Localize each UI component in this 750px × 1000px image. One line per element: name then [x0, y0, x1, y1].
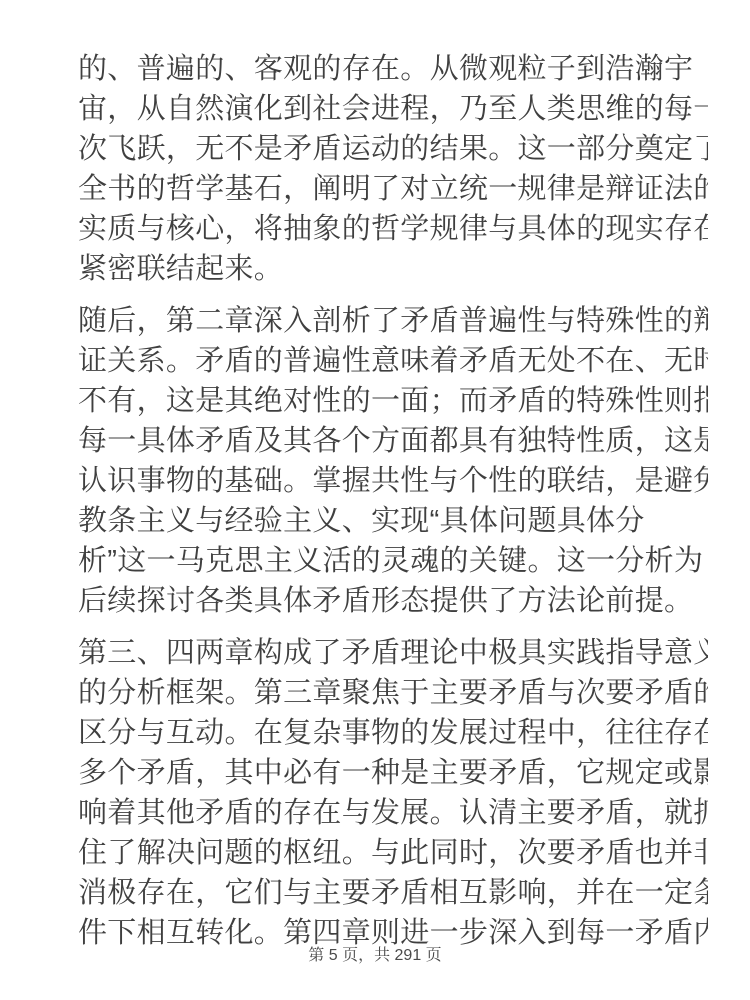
text-line: 析”这一马克思主义活的灵魂的关键。这一分析为: [78, 541, 708, 581]
text-line: 区分与互动。在复杂事物的发展过程中，往往存在: [78, 713, 708, 753]
text-line: 住了解决问题的枢纽。与此同时，次要矛盾也并非: [78, 833, 708, 873]
text-line: 多个矛盾，其中必有一种是主要矛盾，它规定或影: [78, 753, 708, 793]
paragraph: 的、普遍的、客观的存在。从微观粒子到浩瀚宇 宙，从自然演化到社会进程，乃至人类思…: [78, 49, 708, 289]
text-line: 后续探讨各类具体矛盾形态提供了方法论前提。: [78, 581, 708, 621]
text-line: 证关系。矛盾的普遍性意味着矛盾无处不在、无时: [78, 341, 708, 381]
text-line: 随后，第二章深入剖析了矛盾普遍性与特殊性的辩: [78, 301, 708, 341]
text-line: 全书的哲学基石，阐明了对立统一规律是辩证法的: [78, 169, 708, 209]
text-line: 实质与核心，将抽象的哲学规律与具体的现实存在: [78, 209, 708, 249]
text-line: 宙，从自然演化到社会进程，乃至人类思维的每一: [78, 89, 708, 129]
text-line: 每一具体矛盾及其各个方面都具有独特性质，这是: [78, 421, 708, 461]
text-line: 不有，这是其绝对性的一面；而矛盾的特殊性则指: [78, 381, 708, 421]
page-number-footer: 第 5 页，共 291 页: [0, 944, 750, 968]
document-body: 的、普遍的、客观的存在。从微观粒子到浩瀚宇 宙，从自然演化到社会进程，乃至人类思…: [78, 49, 708, 965]
text-line: 消极存在，它们与主要矛盾相互影响，并在一定条: [78, 873, 708, 913]
paragraph: 随后，第二章深入剖析了矛盾普遍性与特殊性的辩 证关系。矛盾的普遍性意味着矛盾无处…: [78, 301, 708, 621]
text-line: 次飞跃，无不是矛盾运动的结果。这一部分奠定了: [78, 129, 708, 169]
text-line: 响着其他矛盾的存在与发展。认清主要矛盾，就抓: [78, 793, 708, 833]
text-line: 的分析框架。第三章聚焦于主要矛盾与次要矛盾的: [78, 673, 708, 713]
document-page: 的、普遍的、客观的存在。从微观粒子到浩瀚宇 宙，从自然演化到社会进程，乃至人类思…: [0, 0, 750, 1000]
text-line: 教条主义与经验主义、实现“具体问题具体分: [78, 501, 708, 541]
paragraph: 第三、四两章构成了矛盾理论中极具实践指导意义 的分析框架。第三章聚焦于主要矛盾与…: [78, 633, 708, 953]
text-line: 紧密联结起来。: [78, 249, 708, 289]
text-line: 认识事物的基础。掌握共性与个性的联结，是避免: [78, 461, 708, 501]
text-line: 的、普遍的、客观的存在。从微观粒子到浩瀚宇: [78, 49, 708, 89]
text-line: 第三、四两章构成了矛盾理论中极具实践指导意义: [78, 633, 708, 673]
